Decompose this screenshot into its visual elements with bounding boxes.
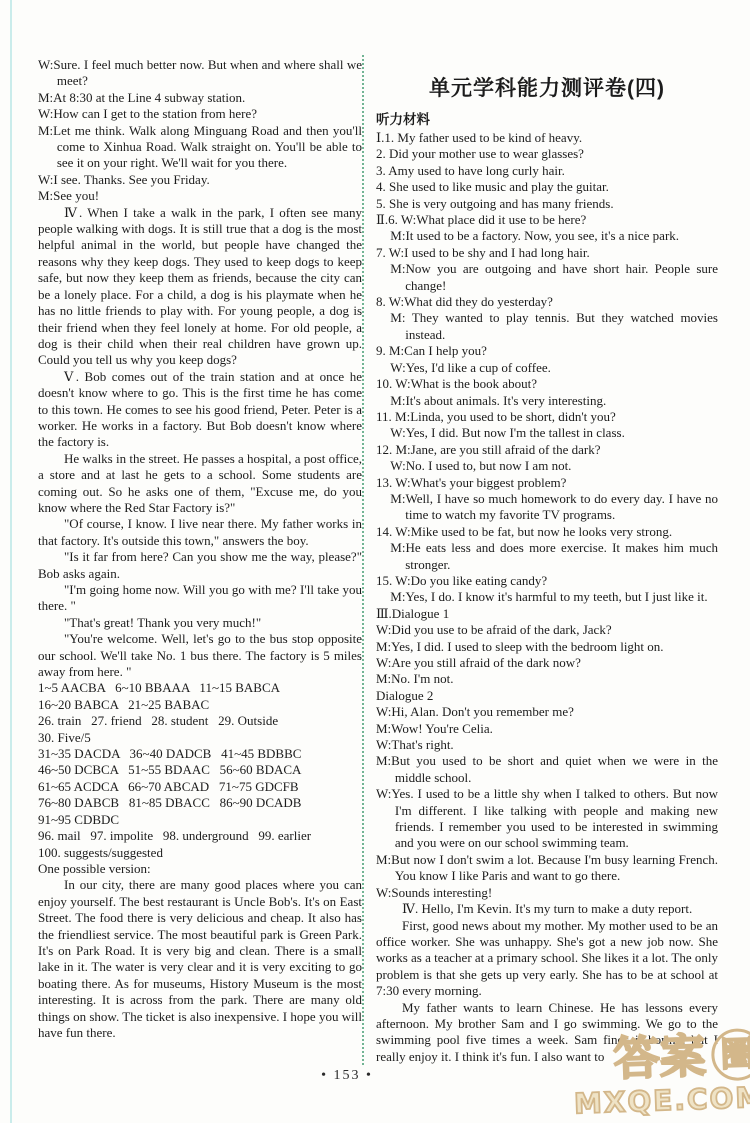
text-line: Ⅴ. Bob comes out of the train station an… — [38, 369, 362, 451]
text-line: W:Sure. I feel much better now. But when… — [38, 57, 362, 90]
text-line: W:Are you still afraid of the dark now? — [376, 655, 718, 671]
text-line: 96. mail 97. impolite 98. underground 99… — [38, 828, 362, 844]
text-line: M:Yes, I did. I used to sleep with the b… — [376, 639, 718, 655]
column-divider — [362, 55, 364, 1065]
text-line: M:No. I'm not. — [376, 671, 718, 687]
text-line: "You're welcome. Well, let's go to the b… — [38, 631, 362, 680]
text-line: W:Yes. I used to be a little shy when I … — [376, 786, 718, 852]
text-line: 16~20 BABCA 21~25 BABAC — [38, 697, 362, 713]
text-line: "I'm going home now. Will you go with me… — [38, 582, 362, 615]
text-line: 4. She used to like music and play the g… — [376, 179, 718, 195]
left-column: W:Sure. I feel much better now. But when… — [38, 57, 362, 1041]
text-line: 9. M:Can I help you? — [376, 343, 718, 359]
text-line: M:He eats less and does more exercise. I… — [390, 540, 718, 573]
text-line: W:I see. Thanks. See you Friday. — [38, 172, 362, 188]
text-line: 100. suggests/suggested — [38, 845, 362, 861]
text-line: 7. W:I used to be shy and I had long hai… — [376, 245, 718, 261]
text-line: "Of course, I know. I live near there. M… — [38, 516, 362, 549]
text-line: 10. W:What is the book about? — [376, 376, 718, 392]
text-line: M:Wow! You're Celia. — [376, 721, 718, 737]
right-column-lines: Ⅰ.1. My father used to be kind of heavy.… — [376, 130, 718, 1065]
text-line: 46~50 DCBCA 51~55 BDAAC 56~60 BDACA — [38, 762, 362, 778]
text-line: 3. Amy used to have long curly hair. — [376, 163, 718, 179]
text-line: 76~80 DABCB 81~85 DBACC 86~90 DCADB — [38, 795, 362, 811]
text-line: M:See you! — [38, 188, 362, 204]
page-number: • 153 • — [282, 1068, 412, 1084]
text-line: First, good news about my mother. My mot… — [376, 918, 718, 1000]
text-line: W:Yes, I'd like a cup of coffee. — [390, 360, 718, 376]
text-line: 15. W:Do you like eating candy? — [376, 573, 718, 589]
text-line: W:How can I get to the station from here… — [38, 106, 362, 122]
text-line: One possible version: — [38, 861, 362, 877]
text-line: Ⅲ.Dialogue 1 — [376, 606, 718, 622]
text-line: 8. W:What did they do yesterday? — [376, 294, 718, 310]
text-line: M:Well, I have so much homework to do ev… — [390, 491, 718, 524]
text-line: W:Hi, Alan. Don't you remember me? — [376, 704, 718, 720]
text-line: W:Did you use to be afraid of the dark, … — [376, 622, 718, 638]
text-line: 5. She is very outgoing and has many fri… — [376, 196, 718, 212]
text-line: 61~65 ACDCA 66~70 ABCAD 71~75 GDCFB — [38, 779, 362, 795]
text-line: My father wants to learn Chinese. He has… — [376, 1000, 718, 1066]
watermark-circled-char: 圈 — [720, 1037, 750, 1072]
text-line: He walks in the street. He passes a hosp… — [38, 451, 362, 517]
text-line: 30. Five/5 — [38, 730, 362, 746]
text-line: M:It's about animals. It's very interest… — [390, 393, 718, 409]
text-line: W:Sounds interesting! — [376, 885, 718, 901]
text-line: "Is it far from here? Can you show me th… — [38, 549, 362, 582]
text-line: "That's great! Thank you very much!" — [38, 615, 362, 631]
text-line: W:Yes, I did. But now I'm the tallest in… — [390, 425, 718, 441]
text-line: Ⅳ. When I take a walk in the park, I oft… — [38, 205, 362, 369]
text-line: Ⅳ. Hello, I'm Kevin. It's my turn to mak… — [376, 901, 718, 917]
text-line: Dialogue 2 — [376, 688, 718, 704]
text-line: M:Let me think. Walk along Minguang Road… — [38, 123, 362, 172]
text-line: 2. Did your mother use to wear glasses? — [376, 146, 718, 162]
text-line: W:That's right. — [376, 737, 718, 753]
text-line: 12. M:Jane, are you still afraid of the … — [376, 442, 718, 458]
listening-material-heading: 听力材料 — [376, 111, 718, 128]
book-page: W:Sure. I feel much better now. But when… — [0, 0, 750, 1123]
text-line: 91~95 CDBDC — [38, 812, 362, 828]
text-line: 31~35 DACDA 36~40 DADCB 41~45 BDBBC — [38, 746, 362, 762]
unit-test-title: 单元学科能力测评卷(四) — [376, 76, 718, 102]
right-column: 单元学科能力测评卷(四) 听力材料 Ⅰ.1. My father used to… — [376, 76, 718, 1065]
page-edge-line — [10, 0, 12, 1123]
left-column-lines: W:Sure. I feel much better now. But when… — [38, 57, 362, 1041]
text-line: In our city, there are many good places … — [38, 877, 362, 1041]
text-line: 14. W:Mike used to be fat, but now he lo… — [376, 524, 718, 540]
text-line: 1~5 AACBA 6~10 BBAAA 11~15 BABCA — [38, 680, 362, 696]
text-line: M:But you used to be short and quiet whe… — [376, 753, 718, 786]
text-line: M:But now I don't swim a lot. Because I'… — [376, 852, 718, 885]
watermark-site-text: MXQE.COM — [573, 1084, 750, 1119]
text-line: 13. W:What's your biggest problem? — [376, 475, 718, 491]
text-line: 11. M:Linda, you used to be short, didn'… — [376, 409, 718, 425]
text-line: Ⅱ.6. W:What place did it use to be here? — [376, 212, 718, 228]
text-line: M:At 8:30 at the Line 4 subway station. — [38, 90, 362, 106]
text-line: 26. train 27. friend 28. student 29. Out… — [38, 713, 362, 729]
text-line: M:Yes, I do. I know it's harmful to my t… — [390, 589, 718, 605]
text-line: Ⅰ.1. My father used to be kind of heavy. — [376, 130, 718, 146]
text-line: M:Now you are outgoing and have short ha… — [390, 261, 718, 294]
text-line: M: They wanted to play tennis. But they … — [390, 310, 718, 343]
text-line: M:It used to be a factory. Now, you see,… — [390, 228, 718, 244]
text-line: W:No. I used to, but now I am not. — [390, 458, 718, 474]
